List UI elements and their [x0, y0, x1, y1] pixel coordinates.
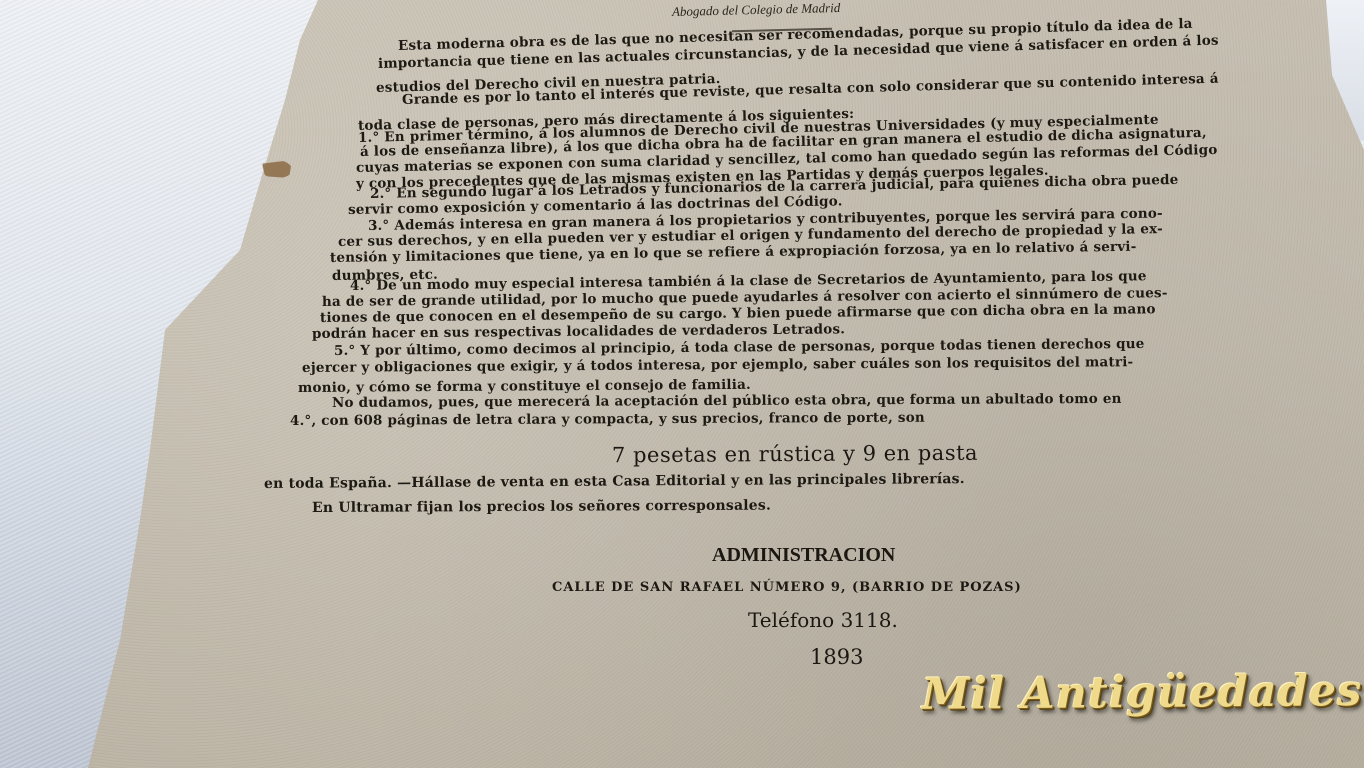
- sales-line: En Ultramar fijan los precios los señore…: [312, 498, 771, 516]
- price-line: 7 pesetas en rústica y 9 en pasta: [612, 441, 978, 468]
- paragraph-line: 4.°, con 608 páginas de letra clara y co…: [290, 410, 925, 429]
- administration-address: CALLE DE SAN RAFAEL NÚMERO 9, (BARRIO DE…: [552, 580, 1022, 595]
- administration-phone: Teléfono 3118.: [748, 608, 898, 632]
- publication-year: 1893: [810, 645, 863, 669]
- watermark-logo: Mil Antigüedades: [922, 666, 1363, 720]
- administration-title: ADMINISTRACION: [712, 544, 895, 567]
